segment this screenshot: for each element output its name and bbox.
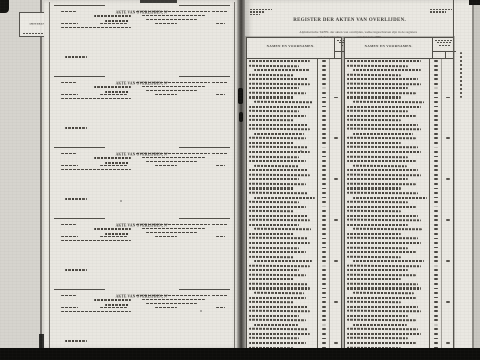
deceased-name-handwriting bbox=[94, 299, 131, 301]
printed-text-line bbox=[216, 23, 225, 24]
akte-block-title: AKTE VAN OVERLIJDEN, N° bbox=[50, 215, 234, 222]
akte-form-block: AKTE VAN OVERLIJDEN, N° bbox=[49, 73, 235, 144]
printed-text-line bbox=[142, 15, 205, 16]
printed-text-line bbox=[216, 236, 225, 237]
handwriting-line bbox=[105, 233, 129, 235]
binding-ink-blob bbox=[238, 88, 243, 104]
deceased-name-handwriting bbox=[94, 15, 131, 17]
printed-label-line bbox=[61, 82, 76, 83]
printed-text-line bbox=[100, 236, 128, 237]
paper-speck bbox=[420, 260, 422, 262]
printed-text-line bbox=[142, 299, 205, 300]
printed-text-line bbox=[155, 94, 177, 95]
akte-block-title: AKTE VAN OVERLIJDEN, N° bbox=[50, 73, 234, 80]
date-fill-line bbox=[212, 153, 229, 154]
right-page-register-table: REGISTER DER AKTEN VAN OVERLIJDEN. Alpha… bbox=[245, 0, 474, 352]
printed-text-line bbox=[61, 240, 131, 241]
illegible-print-line bbox=[435, 40, 454, 41]
printed-text-line bbox=[146, 232, 198, 233]
printed-text-line bbox=[216, 94, 225, 95]
printed-label-line bbox=[61, 153, 76, 154]
binding-ink-blob bbox=[239, 112, 243, 122]
registrar-signature-handwriting bbox=[65, 198, 87, 200]
printed-text-line bbox=[142, 228, 205, 229]
akte-form-block: AKTE VAN OVERLIJDEN, N° bbox=[49, 144, 235, 215]
printed-text-line bbox=[61, 94, 78, 95]
illegible-print-line bbox=[439, 45, 450, 46]
table-header-right: NAMEN EN VOORNAMEN. bbox=[345, 38, 453, 59]
deceased-name-handwriting bbox=[94, 228, 131, 230]
table-body-left bbox=[247, 59, 341, 350]
printed-text-line bbox=[146, 161, 198, 162]
handwriting-line bbox=[105, 162, 129, 164]
margin-vertical-annotation bbox=[460, 52, 462, 98]
registrar-signature-handwriting bbox=[65, 127, 87, 129]
printed-text-line bbox=[142, 86, 205, 87]
akte-form-block: AKTE VAN OVERLIJDEN, N° bbox=[49, 2, 235, 73]
handwriting-line bbox=[105, 91, 129, 93]
illegible-print-line bbox=[437, 42, 452, 43]
printed-text-line bbox=[155, 236, 177, 237]
scan-bottom-black-band bbox=[0, 348, 480, 360]
names-header-text: NAMEN EN VOORNAMEN. bbox=[267, 45, 315, 48]
scan-smudge bbox=[469, 0, 480, 5]
printed-text-line bbox=[100, 165, 128, 166]
handwriting-line bbox=[105, 20, 129, 22]
scan-smudge bbox=[0, 0, 9, 13]
printed-text-line bbox=[61, 236, 78, 237]
paper-speck bbox=[120, 200, 122, 202]
akte-form-block: AKTE VAN OVERLIJDEN, N° bbox=[49, 215, 235, 286]
table-body-right bbox=[345, 59, 453, 350]
printed-text-line bbox=[61, 307, 78, 308]
printed-text-line bbox=[142, 157, 205, 158]
printed-text-line bbox=[100, 307, 128, 308]
printed-text-line bbox=[146, 303, 198, 304]
deceased-name-handwriting bbox=[94, 86, 131, 88]
table-header-left: NAMEN EN VOORNAMEN. bbox=[247, 38, 341, 59]
printed-text-line bbox=[155, 165, 177, 166]
scan-smudge bbox=[39, 334, 44, 348]
left-page-akte-forms: AKTE VAN OVERLIJDEN, N°AKTE VAN OVERLIJD… bbox=[44, 0, 240, 349]
paper-speck bbox=[200, 310, 202, 312]
scan-smudge bbox=[140, 0, 177, 3]
registrar-signature-handwriting bbox=[65, 269, 87, 271]
printed-label-line bbox=[61, 295, 76, 296]
date-fill-line bbox=[212, 295, 229, 296]
akte-block-title: AKTE VAN OVERLIJDEN, N° bbox=[50, 2, 234, 9]
date-fill-line bbox=[212, 224, 229, 225]
paper-speck bbox=[300, 150, 302, 152]
akte-block-title: AKTE VAN OVERLIJDEN, N° bbox=[50, 286, 234, 293]
printed-text-line bbox=[216, 307, 225, 308]
printed-text-line bbox=[61, 311, 131, 312]
table-outer-right-rule bbox=[453, 0, 454, 348]
registrar-signature-handwriting bbox=[65, 340, 87, 342]
printed-text-line bbox=[146, 19, 198, 20]
akte-block-title: AKTE VAN OVERLIJDEN, N° bbox=[50, 144, 234, 151]
printed-label-line bbox=[61, 224, 76, 225]
names-column-header: NAMEN EN VOORNAMEN. bbox=[247, 38, 334, 58]
printed-text-line bbox=[216, 165, 225, 166]
printed-text-line bbox=[155, 23, 177, 24]
printed-text-line bbox=[61, 27, 131, 28]
date-fill-line bbox=[212, 82, 229, 83]
printed-text-line bbox=[61, 169, 131, 170]
date-fill-line bbox=[212, 11, 229, 12]
scanner-left-margin bbox=[0, 0, 44, 349]
printed-text-line bbox=[61, 23, 78, 24]
names-column-header: NAMEN EN VOORNAMEN. bbox=[345, 38, 432, 58]
printed-text-line bbox=[155, 307, 177, 308]
table-half-right: NAMEN EN VOORNAMEN. bbox=[344, 37, 454, 351]
printed-text-line bbox=[61, 165, 78, 166]
printed-text-line bbox=[146, 90, 198, 91]
registrar-signature-handwriting bbox=[65, 56, 87, 58]
names-header-text: NAMEN EN VOORNAMEN. bbox=[365, 45, 413, 48]
printed-text-line bbox=[100, 23, 128, 24]
printed-text-line bbox=[100, 94, 128, 95]
deceased-name-handwriting bbox=[94, 157, 131, 159]
printed-text-line bbox=[61, 98, 131, 99]
akte-form-block: AKTE VAN OVERLIJDEN, N° bbox=[49, 286, 235, 357]
table-half-left: NAMEN EN VOORNAMEN. bbox=[246, 37, 342, 351]
scanned-document-spread: AMSTERDAM AKTE VAN OVERLIJDEN, N°AKTE VA… bbox=[0, 0, 480, 360]
handwriting-line bbox=[105, 304, 129, 306]
printed-label-line bbox=[61, 11, 76, 12]
